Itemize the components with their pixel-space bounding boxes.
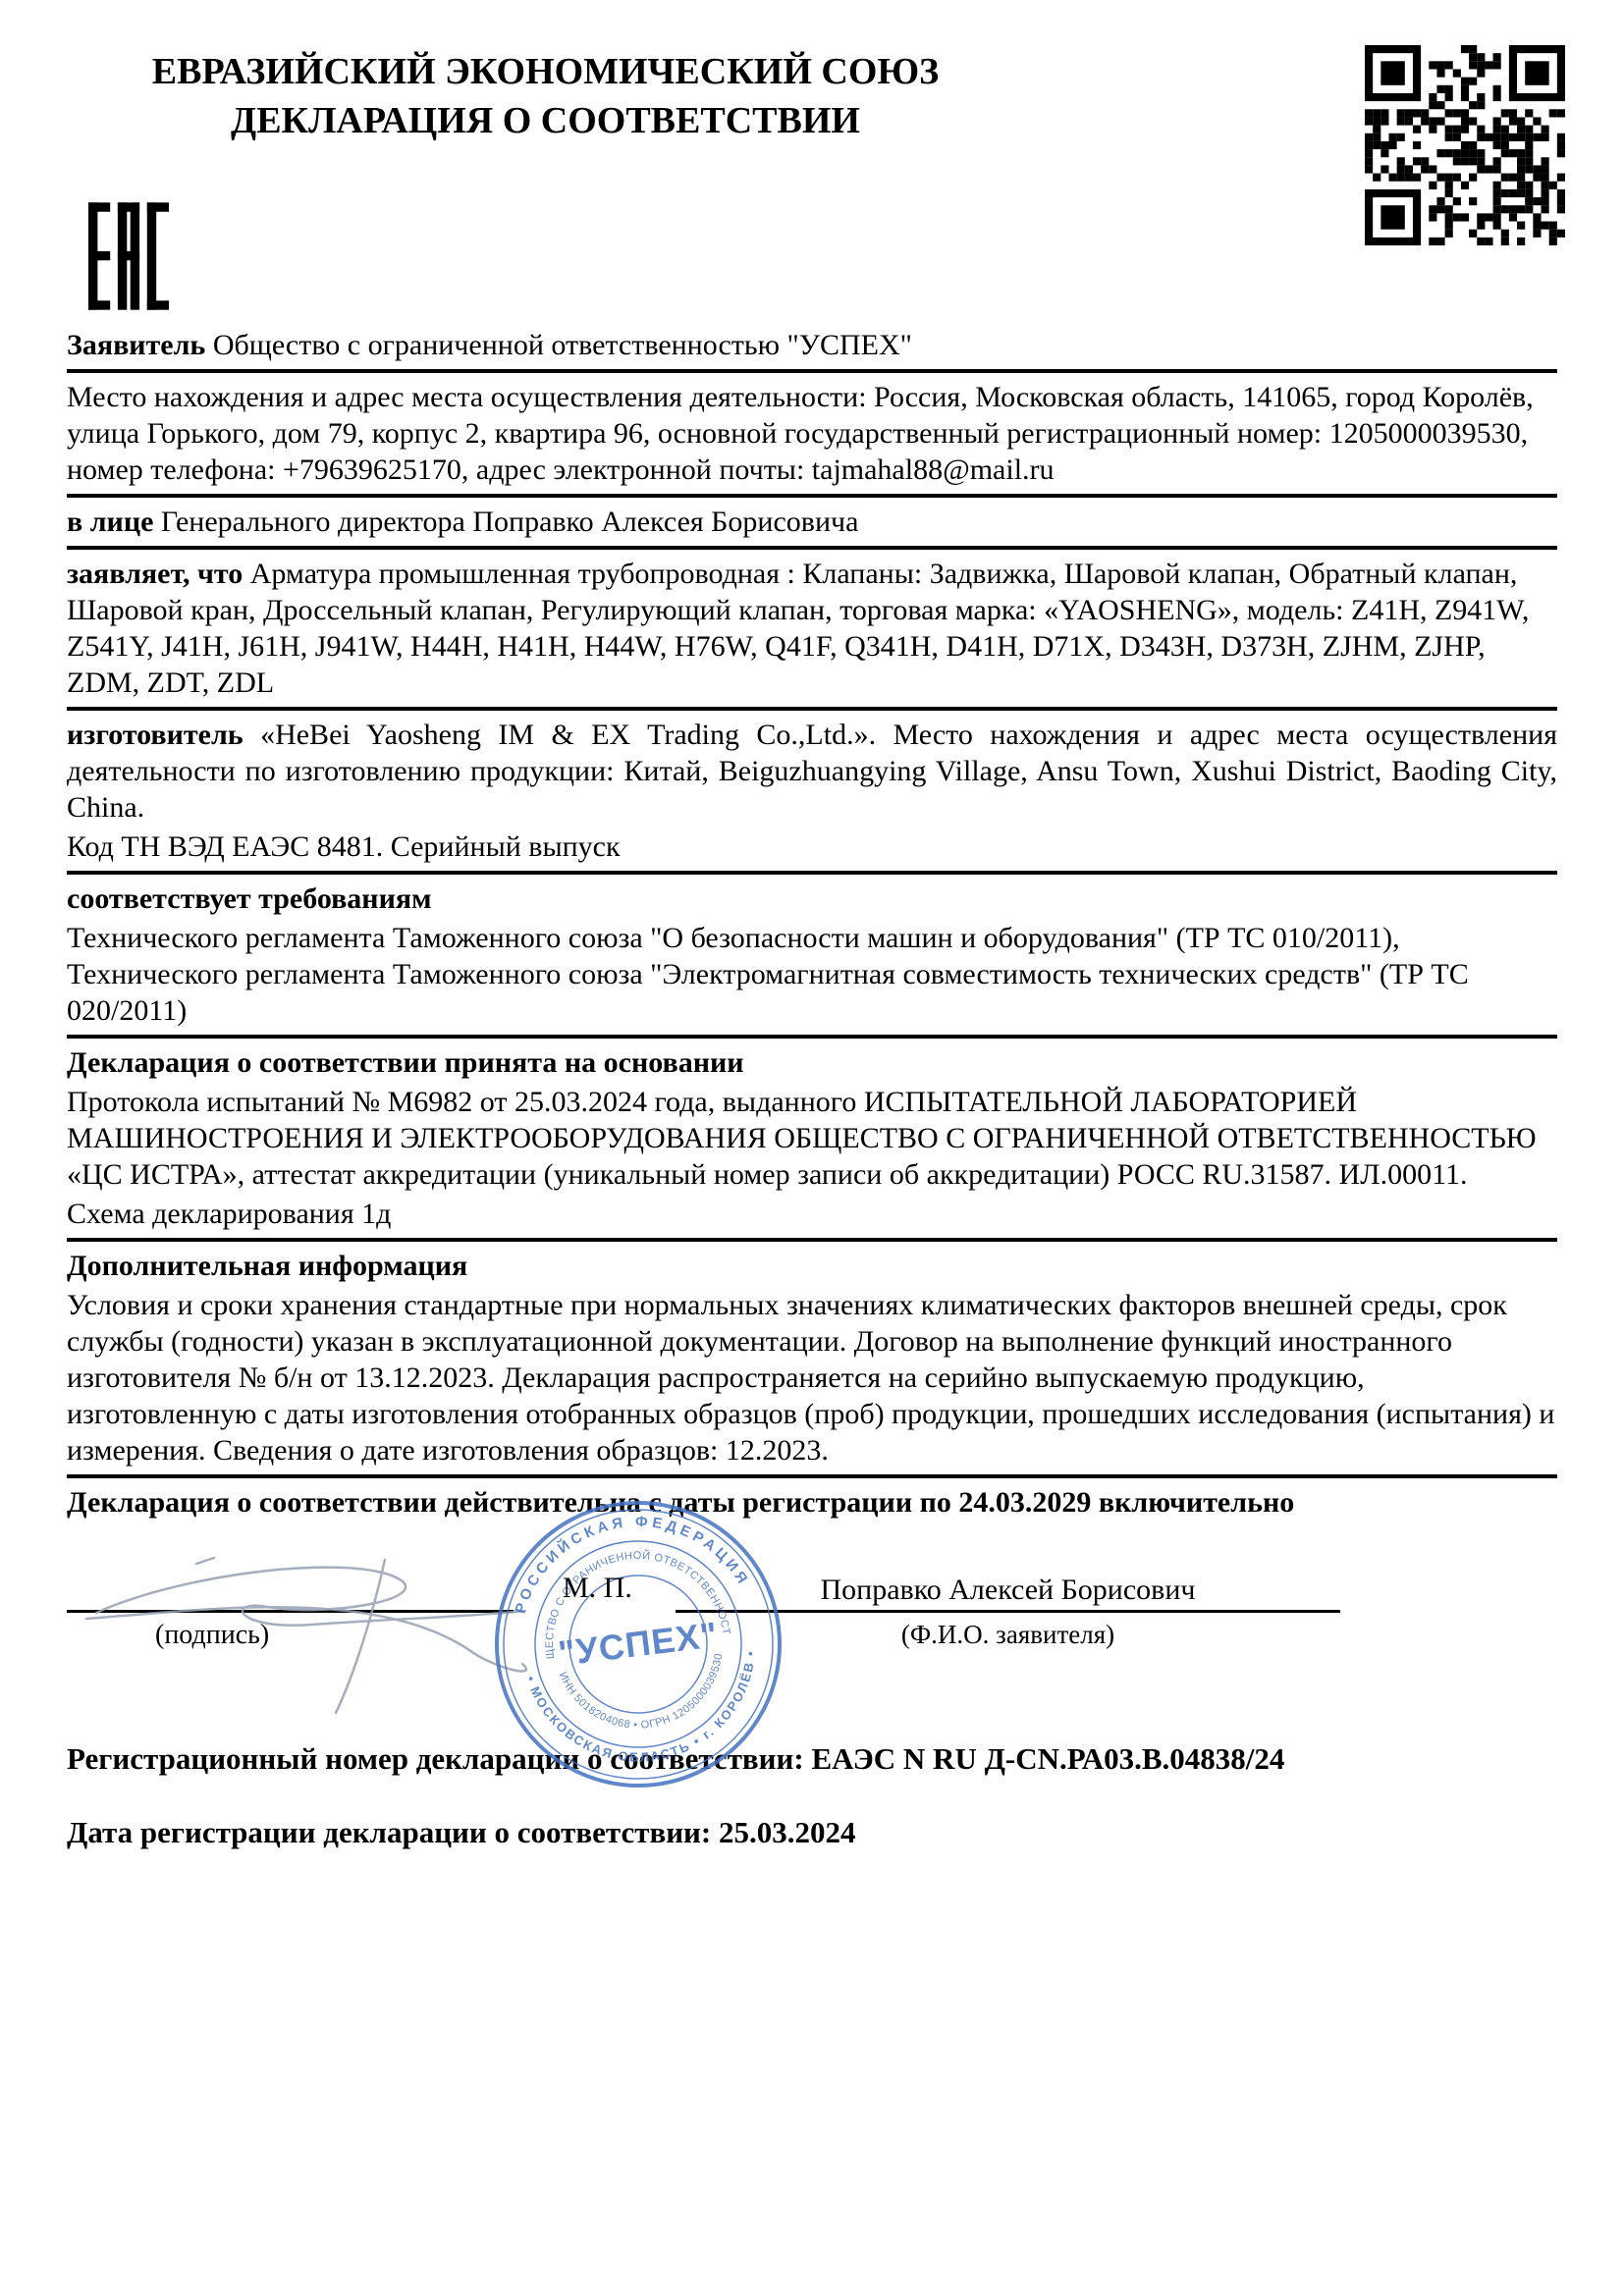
applicant-label: Заявитель	[67, 329, 205, 361]
title-line-1: ЕВРАЗИЙСКИЙ ЭКОНОМИЧЕСКИЙ СОЮЗ	[67, 47, 1024, 96]
declaration-document: ЕВРАЗИЙСКИЙ ЭКОНОМИЧЕСКИЙ СОЮЗ ДЕКЛАРАЦИ…	[0, 0, 1624, 2296]
declares-value: Арматура промышленная трубопроводная : К…	[67, 558, 1529, 699]
validity-line: Декларация о соответствии действительна …	[67, 1484, 1557, 1521]
manufacturer-value: «HeBei Yaosheng IM & EX Trading Co.,Ltd.…	[67, 719, 1557, 824]
section-rule	[67, 1474, 1557, 1478]
applicant-value: Общество с ограниченной ответственностью…	[213, 329, 912, 361]
tnved-line: Код ТН ВЭД ЕАЭС 8481. Серийный выпуск	[67, 828, 1557, 865]
compliance-heading: соответствует требованиям	[67, 881, 1557, 917]
company-stamp: РОССИЙСКАЯ ФЕДЕРАЦИЯ • МОСКОВСКАЯ ОБЛАСТ…	[474, 1480, 802, 1808]
applicant-line: Заявитель Общество с ограниченной ответс…	[67, 327, 1557, 363]
section-rule	[67, 707, 1557, 711]
section-rule	[67, 1035, 1557, 1039]
represented-by-value: Генерального директора Поправко Алексея …	[161, 506, 858, 538]
basis-heading: Декларация о соответствии принята на осн…	[67, 1044, 1557, 1081]
additional-text: Условия и сроки хранения стандартные при…	[67, 1287, 1557, 1468]
scheme-line: Схема декларирования 1д	[67, 1196, 1557, 1232]
registration-number-value: ЕАЭС N RU Д-CN.РА03.B.04838/24	[811, 1741, 1284, 1776]
qr-code	[1365, 45, 1565, 245]
additional-heading: Дополнительная информация	[67, 1248, 1557, 1284]
eac-mark-icon	[88, 194, 169, 318]
section-rule	[67, 494, 1557, 498]
mp-label: М. П.	[563, 1570, 632, 1606]
stamp-center-text: "УСПЕХ"	[556, 1614, 720, 1674]
manufacturer-label: изготовитель	[67, 719, 244, 751]
manufacturer-line: изготовитель «HeBei Yaosheng IM & EX Tra…	[67, 717, 1557, 826]
section-rule	[67, 369, 1557, 373]
address-text: Место нахождения и адрес места осуществл…	[67, 379, 1557, 488]
section-rule	[67, 1238, 1557, 1242]
registration-date-value: 25.03.2024	[719, 1815, 856, 1849]
declares-line: заявляет, что Арматура промышленная труб…	[67, 556, 1557, 701]
title-line-2: ДЕКЛАРАЦИЯ О СООТВЕТСТВИИ	[67, 96, 1024, 145]
compliance-text: Технического регламента Таможенного союз…	[67, 920, 1557, 1029]
registration-number-line: Регистрационный номер декларации о соотв…	[67, 1740, 1557, 1777]
basis-text: Протокола испытаний № М6982 от 25.03.202…	[67, 1084, 1557, 1193]
section-rule	[67, 871, 1557, 875]
document-header: ЕВРАЗИЙСКИЙ ЭКОНОМИЧЕСКИЙ СОЮЗ ДЕКЛАРАЦИ…	[67, 0, 1557, 324]
signature-block: (подпись) М. П. Поправко Алексей Борисов…	[67, 1534, 1557, 1731]
page-title: ЕВРАЗИЙСКИЙ ЭКОНОМИЧЕСКИЙ СОЮЗ ДЕКЛАРАЦИ…	[67, 47, 1024, 145]
represented-by-label: в лице	[67, 506, 153, 538]
represented-by-line: в лице Генерального директора Поправко А…	[67, 504, 1557, 540]
section-rule	[67, 546, 1557, 550]
declares-label: заявляет, что	[67, 558, 243, 590]
registration-date-line: Дата регистрации декларации о соответств…	[67, 1814, 1557, 1850]
registration-date-label: Дата регистрации декларации о соответств…	[67, 1815, 711, 1849]
